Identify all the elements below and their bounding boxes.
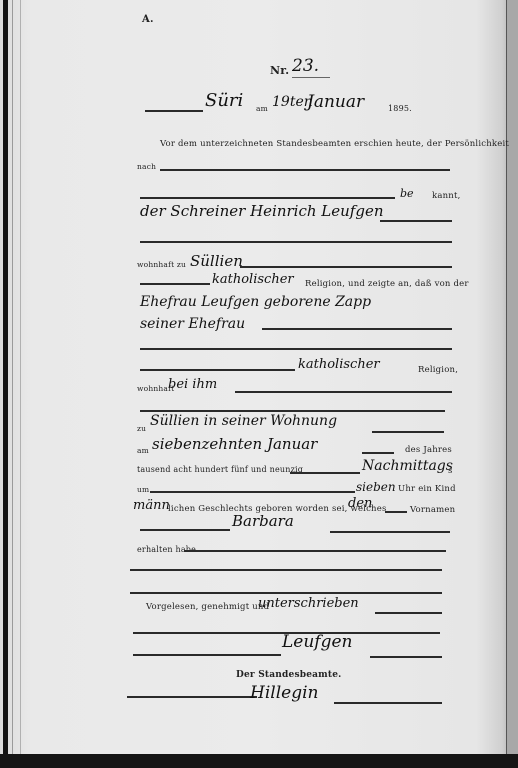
rule xyxy=(290,472,360,474)
child-sex: männ xyxy=(133,498,170,513)
document-page: A. Nr. 23. Süri am 19ten Januar 1895. Vo… xyxy=(0,0,518,754)
residence-label: wohnhaft zu xyxy=(137,260,186,269)
rule xyxy=(380,220,452,222)
informant-name: der Schreiner Heinrich Leufgen xyxy=(140,202,383,220)
mother-religion: katholischer xyxy=(298,357,380,372)
official-label: Der Standesbeamte. xyxy=(236,670,342,680)
record-number-label: Nr. xyxy=(270,64,289,77)
birth-date: siebenzehnten Januar xyxy=(152,435,317,453)
um-label: um xyxy=(137,485,149,494)
page-shadow xyxy=(507,0,518,754)
rule xyxy=(262,328,452,330)
religion-label: Religion, xyxy=(418,365,458,375)
rule xyxy=(140,410,445,412)
rule xyxy=(372,431,444,433)
intro-text: Vor dem unterzeichneten Standesbeamten e… xyxy=(160,139,509,149)
rule xyxy=(334,702,442,704)
rule xyxy=(235,391,452,393)
rule xyxy=(130,592,442,594)
date-year: 1895. xyxy=(388,104,412,113)
binding-edge xyxy=(3,0,8,754)
binding-line xyxy=(12,0,13,754)
informant-religion: katholischer xyxy=(212,272,294,287)
place-handwritten: Süri xyxy=(205,90,243,111)
rule xyxy=(140,283,210,285)
rule xyxy=(370,656,442,658)
rule xyxy=(140,348,452,350)
read-approved-label: Vorgelesen, genehmigt und xyxy=(146,602,269,612)
vornamen-label: Vornamen xyxy=(410,505,455,515)
birth-hour: sieben xyxy=(356,480,396,494)
known-label: kannt, xyxy=(432,191,461,201)
mother-relation: seiner Ehefrau xyxy=(140,316,245,332)
rule xyxy=(130,569,442,571)
child-name: Barbara xyxy=(232,512,294,530)
rule xyxy=(140,241,452,243)
binding-line xyxy=(20,0,21,754)
time-of-day: Nachmittags xyxy=(362,458,453,474)
official-signature: Hillegin xyxy=(250,683,318,703)
mother-name: Ehefrau Leufgen geborene Zapp xyxy=(140,294,371,310)
birth-place: Süllien in seiner Wohnung xyxy=(150,413,337,429)
informant-signature: Leufgen xyxy=(282,632,352,652)
scan-border xyxy=(0,754,518,768)
rule xyxy=(140,369,295,371)
residence-value: Süllien xyxy=(190,252,243,270)
rule xyxy=(292,77,330,78)
rule xyxy=(145,110,203,112)
nach-label: nach xyxy=(137,162,156,171)
record-number-value: 23. xyxy=(292,56,319,76)
date-on-label: am xyxy=(256,104,268,113)
rule xyxy=(127,696,257,698)
rule xyxy=(160,169,450,171)
rule xyxy=(150,491,355,493)
zu-label: zu xyxy=(137,424,146,433)
rule xyxy=(375,612,442,614)
welches-value: den xyxy=(348,496,372,511)
am-label: am xyxy=(137,446,149,455)
known-suffix: be xyxy=(400,187,414,200)
rule xyxy=(133,654,281,656)
rule xyxy=(385,511,407,513)
rule xyxy=(140,529,230,531)
date-month: Januar xyxy=(307,92,364,112)
rule xyxy=(184,550,446,552)
residence2-value: bei ihm xyxy=(168,377,217,392)
hour-text: Uhr ein Kind xyxy=(398,484,456,494)
year-text: tausend acht hundert fünf und neunzig xyxy=(137,465,303,474)
form-letter: A. xyxy=(142,14,154,25)
read-approved-value: unterschrieben xyxy=(258,596,359,611)
time-suffix: s xyxy=(448,466,453,476)
religion-text: Religion, und zeigte an, daß von der xyxy=(305,279,469,289)
rule xyxy=(362,452,394,454)
rule xyxy=(330,531,450,533)
rule xyxy=(140,197,395,199)
year-label: des Jahres xyxy=(405,445,452,455)
rule xyxy=(240,266,452,268)
